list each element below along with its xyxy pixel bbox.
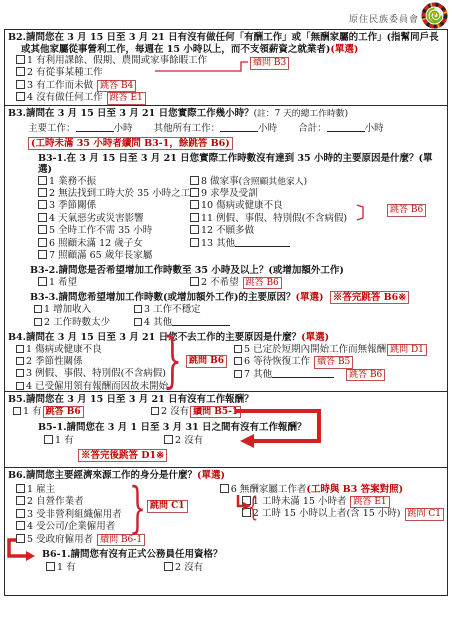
option-paren: (含照顧其他家人): [239, 177, 307, 187]
checkbox[interactable]: [16, 382, 24, 390]
checkbox[interactable]: [16, 80, 25, 89]
b3-3-left-column: 1 增加收入 2 工作時數太少: [34, 304, 134, 329]
question-b6-1-title: B6-1.請問您有沒有正式公務員任用資格？: [42, 549, 444, 561]
option-label: 7 其他: [244, 369, 272, 380]
option-label: 11 例假、事假、特別假(不含病假): [201, 213, 347, 224]
section-b3: B3.請問在 3 月 15 日至 3 月 21 日您實際工作幾小時？(註：7 天…: [4, 105, 448, 392]
checkbox[interactable]: [16, 345, 24, 353]
question-b3-1-title: B3-1.在 3 月 15 日至 3 月 21 日您實際工作時數沒有達到 35 …: [38, 153, 444, 176]
checkbox[interactable]: [16, 92, 25, 101]
checkbox[interactable]: [38, 213, 47, 222]
skip-label-b6: 跳答 B6: [346, 369, 385, 382]
checkbox[interactable]: [234, 357, 242, 365]
checkbox[interactable]: [134, 305, 142, 313]
checkbox[interactable]: [16, 357, 24, 365]
skip-label-b3: 續問 B3: [250, 57, 289, 70]
question-b3-text: B3.請問在 3 月 15 日至 3 月 21 日您實際工作幾小時？: [8, 108, 254, 119]
option-label: 1 增加收入: [44, 304, 91, 315]
option-label: 4 沒有做任何工作: [27, 92, 103, 103]
option: 2 有從事某種工作: [16, 67, 444, 79]
question-b6-title: B6.請問您主要經濟來源工作的身分是什麼？(單選): [8, 470, 444, 482]
option-label: 1 有: [23, 406, 42, 417]
questionnaire-page: 原住民族委員會 B2.請問您在 3 月 15 日至 3 月 21 日有沒有做任何…: [0, 0, 452, 640]
checkbox[interactable]: [190, 225, 199, 234]
header-brand: 原住民族委員會: [349, 2, 448, 29]
option-label: 1 工時未滿 15 小時者: [253, 496, 347, 507]
checkbox[interactable]: [38, 238, 47, 247]
question-b3-title: B3.請問在 3 月 15 日至 3 月 21 日您實際工作幾小時？(註：7 天…: [8, 108, 444, 121]
option-label: 10 傷病或健康不良: [201, 200, 283, 211]
checkbox[interactable]: [16, 484, 25, 493]
checkbox[interactable]: [190, 277, 199, 286]
option-label: 4 受公司/企業僱用者: [27, 521, 115, 532]
option-label: 1 雇主: [27, 484, 55, 495]
option-label: 2 自營作業者: [27, 496, 84, 507]
question-b3-note: (註：7 天的總工作時數): [254, 109, 348, 119]
skip-label-b6: 跳答 B6: [43, 406, 84, 419]
section-b6: B6.請問您主要經濟來源工作的身分是什麼？(單選) 1 雇主 2 自營作業者 3…: [4, 467, 448, 596]
single-choice-label: (單選): [301, 332, 329, 343]
subsection-b3-1: B3-1.在 3 月 15 日至 3 月 21 日您實際工作時數沒有達到 35 …: [38, 153, 444, 263]
option-label: 5 受政府僱用者: [27, 534, 93, 545]
checkbox[interactable]: [190, 213, 199, 222]
other-blank[interactable]: [172, 317, 230, 326]
skip-label-c1: 跳問 C1: [405, 508, 444, 521]
skip-label-b4: 跳答 B4: [97, 80, 136, 93]
checkbox[interactable]: [16, 67, 25, 76]
fill-main-blank[interactable]: [76, 123, 114, 132]
skip-label-b6: 跳問 B6: [186, 355, 227, 368]
option: 4 沒有做任何工作跳答 E1: [16, 92, 444, 105]
single-choice-label: (單選): [330, 44, 358, 55]
checkbox[interactable]: [220, 484, 229, 493]
option-red-note: (工時與 B3 答案對照): [306, 484, 403, 495]
checkbox[interactable]: [34, 305, 42, 313]
subsection-b3-3: B3-3.請問您希望增加工作時數(或增加額外工作)的主要原因？(單選) ※答完跳…: [30, 291, 444, 329]
org-name: 原住民族委員會: [349, 12, 419, 29]
question-b2-title: B2.請問您在 3 月 15 日至 3 月 21 日有沒有做任何「有酬工作」或「…: [8, 32, 444, 55]
checkbox[interactable]: [34, 318, 42, 326]
option-label: 9 求學及受訓: [201, 188, 258, 199]
checkbox[interactable]: [38, 250, 47, 259]
skip-note-d1: ※答完後跳答 D1※: [78, 449, 167, 462]
hours-unit: 小時: [114, 123, 133, 134]
section-b2: B2.請問您在 3 月 15 日至 3 月 21 日有沒有做任何「有酬工作」或「…: [4, 29, 448, 106]
section-b5: B5.請問您在 3 月 15 日至 3 月 21 日有沒有工作報酬？ 1 有跳答…: [4, 391, 448, 468]
question-b3-1-text: B3-1.在 3 月 15 日至 3 月 21 日您實際工作時數沒有達到 35 …: [38, 153, 418, 164]
checkbox[interactable]: [16, 369, 24, 377]
fill-other-blank[interactable]: [220, 123, 258, 132]
checkbox[interactable]: [190, 200, 199, 209]
option-label: 2 季節性關係: [26, 356, 83, 367]
option-label: 4 天氣惡劣或災害影響: [49, 213, 144, 224]
option-label: 6 等待恢復工作: [244, 356, 310, 367]
fill-total-blank[interactable]: [327, 123, 365, 132]
form-sections: B2.請問您在 3 月 15 日至 3 月 21 日有沒有做任何「有酬工作」或「…: [4, 30, 448, 596]
continue-label-b5: 續答 B5: [314, 356, 353, 369]
checkbox[interactable]: [38, 176, 47, 185]
question-b2-text: B2.請問您在 3 月 15 日至 3 月 21 日有沒有做任何「有酬工作」或「…: [8, 32, 439, 55]
single-choice-label: (單選): [296, 292, 324, 303]
option-label: 2 工作時數太少: [44, 317, 110, 328]
b3-1-right-column: 8 做家事(含照顧其他家人) 9 求學及受訓 10 傷病或健康不良 11 例假、…: [190, 176, 444, 263]
option-label: 2 無法找到工時大於 35 小時之工作: [49, 188, 200, 199]
fill-total-label: 合計：: [298, 123, 327, 134]
skip-label-d1: 跳問 D1: [387, 344, 427, 357]
option-label: 1 傷病或健康不良: [26, 344, 102, 355]
option-label: 8 做家事: [201, 176, 239, 187]
option-label: 1 業務不振: [49, 176, 96, 187]
question-b5-1-title: B5-1.請問您在 3 月 1 日至 3 月 31 日之間有沒有工作報酬？: [38, 422, 444, 434]
option-label: 5 全時工作不需 35 小時: [49, 225, 152, 236]
option-label: 2 不希望: [201, 277, 239, 288]
b6-right-column: 6 無酬家屬工作者(工時與 B3 答案對照) 1 工時未滿 15 小時者跳答 E…: [220, 484, 444, 547]
b6-left-column: 1 雇主 2 自營作業者 3 受非營利組織僱用者 4 受公司/企業僱用者 5 受…: [16, 484, 220, 547]
checkbox[interactable]: [16, 534, 25, 543]
option: 3 有工作而未做跳答 B4: [16, 80, 444, 93]
other-blank[interactable]: [272, 369, 334, 378]
checkbox[interactable]: [44, 435, 53, 444]
skip-label-c1: 跳問 C1: [147, 500, 188, 513]
option-label: 4 其他: [144, 317, 172, 328]
question-b4-title: B4.請問在 3 月 15 日至 3 月 21 日您不去工作的主要原因是什麼？(…: [8, 332, 444, 344]
checkbox[interactable]: [234, 370, 242, 378]
question-b6-text: B6.請問您主要經濟來源工作的身分是什麼？: [8, 470, 197, 481]
option-label: 1 希望: [49, 277, 77, 288]
skip-label-e1: 跳答 E1: [350, 496, 389, 509]
b3-skip-rule: (工時未滿 35 小時者續問 B3-1，餘跳答 B6): [28, 137, 444, 150]
question-b3-3-title: B3-3.請問您希望增加工作時數(或增加額外工作)的主要原因？(單選) ※答完跳…: [30, 291, 444, 304]
checkbox[interactable]: [151, 407, 159, 415]
fill-main-label: 主要工作：: [28, 123, 76, 134]
other-blank[interactable]: [235, 238, 290, 247]
b3-skip-rule-box: (工時未滿 35 小時者續問 B3-1，餘跳答 B6): [28, 137, 233, 150]
option-label: 2 沒有: [175, 435, 203, 446]
checkbox[interactable]: [164, 435, 173, 444]
skip-label-b6: 跳答 B6: [387, 204, 426, 217]
single-choice-label: (單選): [197, 470, 225, 481]
checkbox[interactable]: [16, 496, 25, 505]
b3-3-right-column: 3 工作不穩定 4 其他: [134, 304, 444, 329]
option-label: 3 受非營利組織僱用者: [27, 509, 122, 520]
option-label: 2 沒有: [175, 562, 203, 573]
subsection-b3-2: B3-2.請問您是否希望增加工作時數至 35 小時及以上？(或增加額外工作) 1…: [30, 265, 444, 289]
fill-other-label: 其他所有工作：: [154, 123, 221, 134]
checkbox[interactable]: [46, 562, 55, 571]
checkbox[interactable]: [38, 225, 47, 234]
option-label: 2 工時 15 小時以上者(含 15 小時): [253, 508, 401, 519]
checkbox[interactable]: [242, 496, 251, 505]
checkbox[interactable]: [16, 55, 25, 64]
cip-spiral-logo: [421, 2, 448, 29]
option-label: 6 照顧未滿 12 歲子女: [49, 238, 143, 249]
option-label: 3 季節關係: [49, 200, 96, 211]
continue-label-b6-1: 續問 B6-1: [97, 534, 145, 547]
option: 1 有利用課餘、假期、農閒或家事餘暇工作: [16, 55, 444, 67]
checkbox[interactable]: [16, 509, 25, 518]
question-b3-2-title: B3-2.請問您是否希望增加工作時數至 35 小時及以上？(或增加額外工作): [30, 265, 444, 277]
b5-1-skip-note-row: ※答完後跳答 D1※: [78, 449, 444, 462]
checkbox[interactable]: [164, 562, 173, 571]
b3-1-left-column: 1 業務不振 2 無法找到工時大於 35 小時之工作 3 季節關係 4 天氣惡劣…: [38, 176, 190, 263]
option-label: 7 照顧滿 65 歲年長家屬: [49, 250, 152, 261]
checkbox[interactable]: [190, 238, 199, 247]
option-label: 3 有工作而未做: [27, 80, 93, 91]
checkbox[interactable]: [134, 318, 142, 326]
option-label: 6 無酬家屬工作者: [231, 484, 307, 495]
option-label: 1 有利用課餘、假期、農閒或家事餘暇工作: [27, 55, 207, 66]
checkbox[interactable]: [13, 407, 21, 415]
option-label: 3 工作不穩定: [144, 304, 201, 315]
option-label: 2 有從事某種工作: [27, 67, 103, 78]
checkbox[interactable]: [234, 345, 242, 353]
checkbox[interactable]: [38, 188, 47, 197]
option-label: 12 不願多做: [201, 225, 254, 236]
option-label: 1 有: [55, 435, 74, 446]
continue-label-b5-1: 續問 B5-1: [190, 406, 241, 419]
option-label: 2 沒有: [161, 406, 189, 417]
checkbox[interactable]: [16, 521, 25, 530]
hours-unit: 小時: [258, 123, 277, 134]
option-label: 5 已定於短期內開始工作而無報酬: [244, 344, 386, 355]
question-b5-title: B5.請問您在 3 月 15 日至 3 月 21 日有沒有工作報酬？: [8, 394, 444, 406]
hours-unit: 小時: [365, 123, 384, 134]
checkbox[interactable]: [242, 508, 251, 517]
skip-label-e1: 跳答 E1: [107, 92, 146, 105]
skip-label-b6: 跳答 B6: [243, 277, 282, 290]
question-b3-3-text: B3-3.請問您希望增加工作時數(或增加額外工作)的主要原因？: [30, 292, 296, 303]
checkbox[interactable]: [38, 277, 47, 286]
checkbox[interactable]: [190, 176, 199, 185]
question-b4-text: B4.請問在 3 月 15 日至 3 月 21 日您不去工作的主要原因是什麼？: [8, 332, 301, 343]
option-label: 3 例假、事假、特別假(不含病假): [26, 368, 166, 379]
option-label: 13 其他: [201, 238, 235, 249]
b3-fill-in-row: 主要工作：小時 其他所有工作：小時 合計：小時: [28, 121, 444, 136]
checkbox[interactable]: [190, 188, 199, 197]
checkbox[interactable]: [38, 200, 47, 209]
skip-note-b6: ※答完跳答 B6※: [330, 291, 409, 304]
option-label: 1 有: [57, 562, 76, 573]
